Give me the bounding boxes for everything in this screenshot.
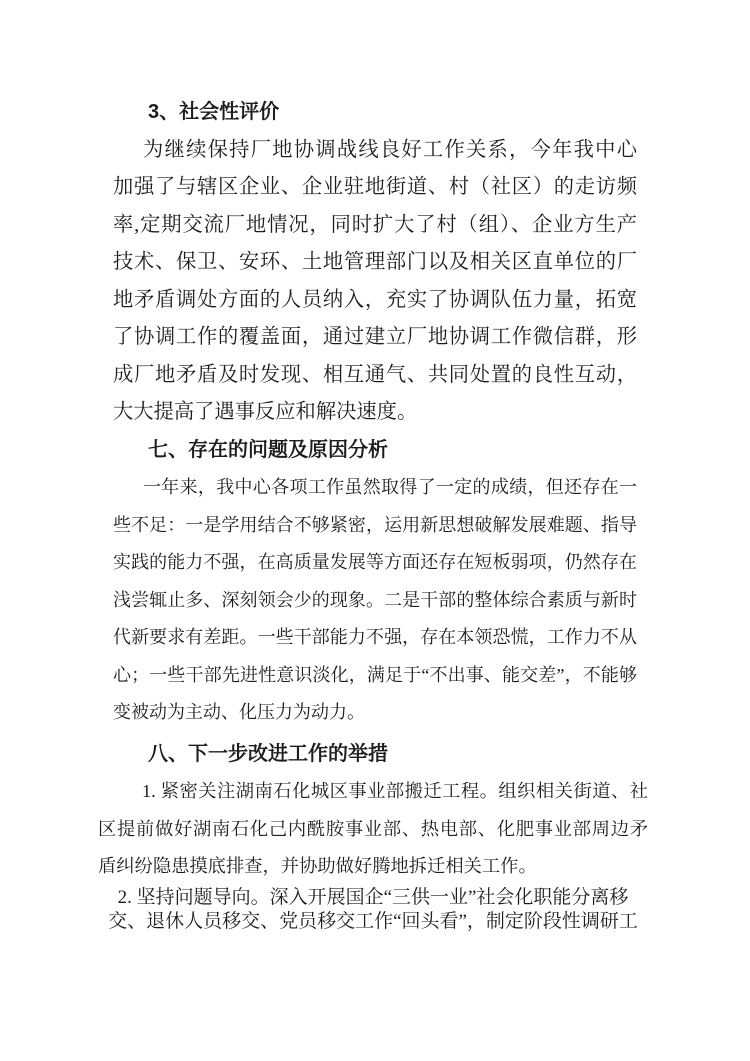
- body-line: 技术、保卫、安环、土地管理部门以及相关区直单位的厂: [113, 244, 637, 282]
- body-line: 实践的能力不强，在高质量发展等方面还存在短板弱项，仍然存在: [113, 544, 637, 582]
- body-line: 加强了与辖区企业、企业驻地街道、村（社区）的走访频: [113, 169, 637, 207]
- body-line: 些不足：一是学用结合不够紧密，运用新思想破解发展难题、指导: [113, 507, 637, 545]
- document-page: 3、社会性评价 为继续保持厂地协调战线良好工作关系，今年我中心 加强了与辖区企业…: [0, 0, 750, 1061]
- body-line: 了协调工作的覆盖面，通过建立厂地协调工作微信群，形: [113, 319, 637, 357]
- paragraph-next-steps-item-2: 2. 坚持问题导向。深入开展国企“三供一业”社会化职能分离移 交、退休人员移交、…: [98, 886, 648, 934]
- body-line: 率,定期交流厂地情况，同时扩大了村（组）、企业方生产: [113, 207, 637, 245]
- body-line: 代新要求有差距。一些干部能力不强，存在本领恐慌，工作力不从: [113, 619, 637, 657]
- body-line: 区提前做好湖南石化己内酰胺事业部、热电部、化肥事业部周边矛: [98, 811, 648, 849]
- paragraph-social-evaluation: 为继续保持厂地协调战线良好工作关系，今年我中心 加强了与辖区企业、企业驻地街道、…: [113, 132, 637, 432]
- body-line: 盾纠纷隐患摸底排查，并协助做好腾地拆迁相关工作。: [98, 848, 648, 886]
- paragraph-next-steps-item-1: 1. 紧密关注湖南石化城区事业部搬迁工程。组织相关街道、社 区提前做好湖南石化己…: [98, 773, 648, 886]
- body-line: 心；一些干部先进性意识淡化，满足于“不出事、能交差”，不能够: [113, 657, 637, 695]
- document-content: 3、社会性评价 为继续保持厂地协调战线良好工作关系，今年我中心 加强了与辖区企业…: [0, 0, 750, 934]
- body-line: 1. 紧密关注湖南石化城区事业部搬迁工程。组织相关街道、社: [98, 773, 648, 811]
- body-line: 一年来，我中心各项工作虽然取得了一定的成绩，但还存在一: [113, 469, 637, 507]
- heading-next-steps: 八、下一步改进工作的举措: [113, 736, 637, 774]
- body-line: 2. 坚持问题导向。深入开展国企“三供一业”社会化职能分离移: [98, 886, 648, 910]
- heading-social-evaluation: 3、社会性评价: [113, 94, 637, 132]
- body-line: 大大提高了遇事反应和解决速度。: [113, 394, 637, 432]
- body-line: 浅尝辄止多、深刻领会少的现象。二是干部的整体综合素质与新时: [113, 582, 637, 620]
- body-line: 为继续保持厂地协调战线良好工作关系，今年我中心: [113, 132, 637, 170]
- body-line: 变被动为主动、化压力为动力。: [113, 694, 637, 732]
- heading-problems-analysis: 七、存在的问题及原因分析: [113, 432, 637, 470]
- body-line: 成厂地矛盾及时发现、相互通气、共同处置的良性互动，: [113, 357, 637, 395]
- paragraph-problems-analysis: 一年来，我中心各项工作虽然取得了一定的成绩，但还存在一 些不足：一是学用结合不够…: [113, 469, 637, 732]
- body-line: 地矛盾调处方面的人员纳入，充实了协调队伍力量，拓宽: [113, 282, 637, 320]
- body-line: 交、退休人员移交、党员移交工作“回头看”，制定阶段性调研工: [98, 910, 648, 934]
